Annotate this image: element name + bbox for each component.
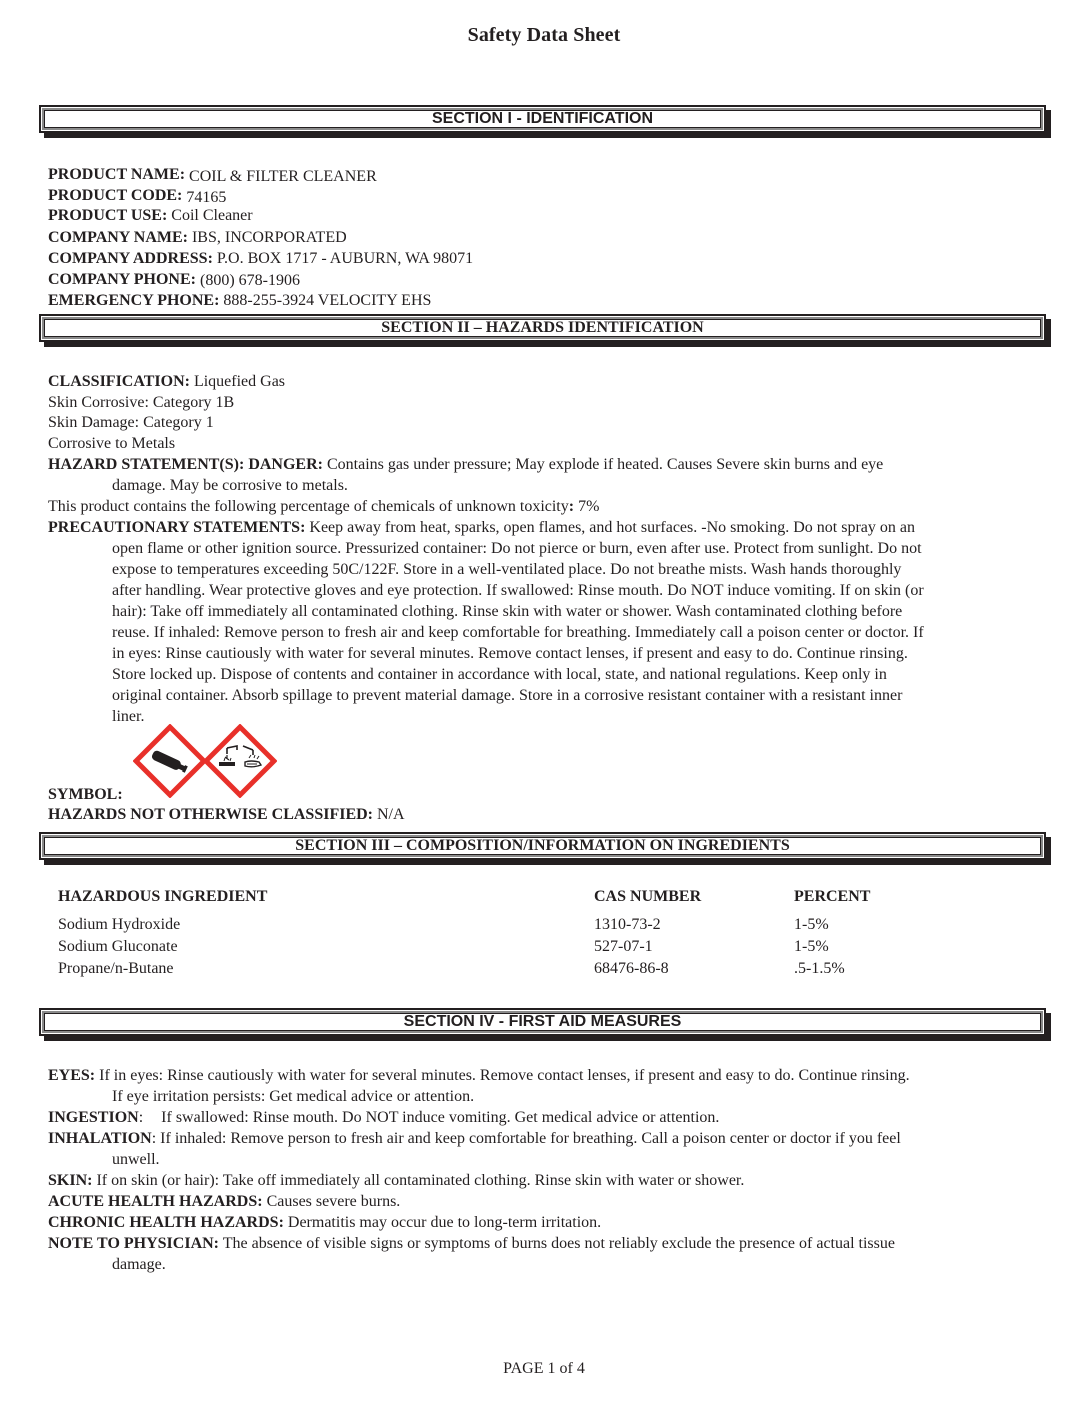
- hnoc-row: HAZARDS NOT OTHERWISE CLASSIFIED: N/A: [48, 804, 405, 825]
- field-label: PRECAUTIONARY STATEMENTS:: [48, 519, 305, 536]
- classification-row: CLASSIFICATION: Liquefied Gas: [48, 371, 285, 392]
- physician-note-text: The absence of visible signs or symptoms…: [223, 1235, 895, 1252]
- hazard-statement-text: Contains gas under pressure; May explode…: [327, 456, 883, 473]
- section-header-first-aid: SECTION IV - FIRST AID MEASURES: [39, 1008, 1046, 1036]
- precautionary-text: in eyes: Rinse cautiously with water for…: [48, 643, 1048, 664]
- ingredient-name: Propane/n-Butane: [58, 958, 174, 980]
- gas-cylinder-pictogram-icon: [133, 724, 207, 798]
- field-label: CLASSIFICATION:: [48, 373, 190, 390]
- section-title: SECTION III – COMPOSITION/INFORMATION ON…: [41, 834, 1044, 858]
- ingestion-row: INGESTION: If swallowed: Rinse mouth. Do…: [48, 1107, 719, 1128]
- section-header-composition: SECTION III – COMPOSITION/INFORMATION ON…: [39, 832, 1046, 860]
- field-label: EMERGENCY PHONE:: [48, 292, 219, 309]
- field-label: INGESTION: [48, 1109, 139, 1126]
- skin-row: SKIN: If on skin (or hair): Take off imm…: [48, 1170, 744, 1191]
- product-name-value: COIL & FILTER CLEANER: [189, 168, 377, 185]
- precautionary-text: original container. Absorb spillage to p…: [48, 685, 1048, 706]
- precautionary-text: hair): Take off immediately all contamin…: [48, 601, 1048, 622]
- inhalation-text: If inhaled: Remove person to fresh air a…: [160, 1130, 901, 1147]
- field-label: ACUTE HEALTH HAZARDS:: [48, 1193, 263, 1210]
- company-name-row: COMPANY NAME: IBS, INCORPORATED: [48, 227, 347, 248]
- danger-signal-word: DANGER:: [248, 456, 323, 473]
- unknown-toxicity-text: This product contains the following perc…: [48, 498, 569, 515]
- company-address-row: COMPANY ADDRESS: P.O. BOX 1717 - AUBURN,…: [48, 248, 473, 269]
- field-label: COMPANY ADDRESS:: [48, 250, 213, 267]
- field-label: SKIN:: [48, 1172, 92, 1189]
- precautionary-text: Keep away from heat, sparks, open flames…: [309, 519, 915, 536]
- section-header-hazards: SECTION II – HAZARDS IDENTIFICATION: [39, 314, 1046, 342]
- product-use-value: Coil Cleaner: [171, 207, 252, 224]
- classification-line: Skin Corrosive: Category 1B: [48, 392, 234, 413]
- symbol-label: SYMBOL:: [48, 784, 123, 805]
- cas-number: 68476-86-8: [594, 958, 669, 980]
- unknown-toxicity-row: This product contains the following perc…: [48, 496, 599, 517]
- section-title: SECTION I - IDENTIFICATION: [41, 107, 1044, 131]
- unknown-toxicity-value: 7%: [578, 498, 599, 515]
- section-title: SECTION II – HAZARDS IDENTIFICATION: [41, 316, 1044, 340]
- precautionary-text: expose to temperatures exceeding 50C/122…: [48, 559, 1048, 580]
- field-label: PRODUCT USE:: [48, 207, 167, 224]
- chronic-hazards-text: Dermatitis may occur due to long-term ir…: [288, 1214, 601, 1231]
- column-header: HAZARDOUS INGREDIENT: [58, 886, 267, 908]
- acute-hazards-text: Causes severe burns.: [267, 1193, 401, 1210]
- cas-number: 1310-73-2: [594, 914, 661, 936]
- ingredients-table: HAZARDOUS INGREDIENT CAS NUMBER PERCENT …: [58, 886, 958, 980]
- eyes-text: If eye irritation persists: Get medical …: [48, 1086, 1048, 1107]
- ingestion-text: If swallowed: Rinse mouth. Do NOT induce…: [161, 1109, 719, 1126]
- classification-line: Corrosive to Metals: [48, 433, 175, 454]
- percent: .5-1.5%: [794, 958, 845, 980]
- hazard-statement-text: damage. May be corrosive to metals.: [48, 475, 1048, 496]
- field-label: PRODUCT NAME:: [48, 166, 185, 183]
- field-label: CHRONIC HEALTH HAZARDS:: [48, 1214, 284, 1231]
- classification-line: Skin Damage: Category 1: [48, 412, 214, 433]
- product-use-row: PRODUCT USE: Coil Cleaner: [48, 205, 253, 226]
- cas-number: 527-07-1: [594, 936, 653, 958]
- eyes-text: If in eyes: Rinse cautiously with water …: [99, 1067, 909, 1084]
- percent: 1-5%: [794, 914, 829, 936]
- precautionary-text: reuse. If inhaled: Remove person to fres…: [48, 622, 1048, 643]
- page-number: PAGE 1 of 4: [0, 1360, 1088, 1378]
- precautionary-text: Store locked up. Dispose of contents and…: [48, 664, 1048, 685]
- table-header-row: HAZARDOUS INGREDIENT CAS NUMBER PERCENT: [58, 886, 958, 914]
- precautionary-text: after handling. Wear protective gloves a…: [48, 580, 1048, 601]
- table-row: Sodium Gluconate 527-07-1 1-5%: [58, 936, 958, 958]
- corrosion-pictogram-icon: [203, 724, 277, 798]
- hazard-statements: HAZARD STATEMENT(S): DANGER: Contains ga…: [48, 454, 1048, 496]
- chronic-hazards-row: CHRONIC HEALTH HAZARDS: Dermatitis may o…: [48, 1212, 601, 1233]
- field-label: COMPANY NAME:: [48, 229, 188, 246]
- emergency-phone-value: 888-255-3924 VELOCITY EHS: [223, 292, 431, 309]
- hnoc-value: N/A: [377, 806, 405, 823]
- eyes-row: EYES: If in eyes: Rinse cautiously with …: [48, 1065, 1048, 1107]
- ingredient-name: Sodium Gluconate: [58, 936, 178, 958]
- precautionary-statements: PRECAUTIONARY STATEMENTS: Keep away from…: [48, 517, 1048, 727]
- field-label: NOTE TO PHYSICIAN:: [48, 1235, 219, 1252]
- percent: 1-5%: [794, 936, 829, 958]
- column-header: PERCENT: [794, 886, 870, 908]
- company-phone-value: (800) 678-1906: [200, 272, 300, 289]
- field-label: PRODUCT CODE:: [48, 187, 182, 204]
- skin-text: If on skin (or hair): Take off immediate…: [96, 1172, 744, 1189]
- inhalation-text: unwell.: [48, 1149, 1048, 1170]
- document-title: Safety Data Sheet: [0, 24, 1088, 47]
- physician-note-text: damage.: [48, 1254, 1048, 1275]
- field-label: EYES:: [48, 1067, 95, 1084]
- field-label: HAZARD STATEMENT(S):: [48, 456, 244, 473]
- company-address-value: P.O. BOX 1717 - AUBURN, WA 98071: [217, 250, 473, 267]
- company-phone-row: COMPANY PHONE: (800) 678-1906: [48, 269, 300, 290]
- product-name-row: PRODUCT NAME: COIL & FILTER CLEANER: [48, 164, 377, 185]
- precautionary-text: open flame or other ignition source. Pre…: [48, 538, 1048, 559]
- section-title: SECTION IV - FIRST AID MEASURES: [41, 1010, 1044, 1034]
- emergency-phone-row: EMERGENCY PHONE: 888-255-3924 VELOCITY E…: [48, 290, 431, 311]
- classification-value: Liquefied Gas: [194, 373, 285, 390]
- field-label: INHALATION: [48, 1130, 152, 1147]
- company-name-value: IBS, INCORPORATED: [192, 229, 347, 246]
- table-row: Sodium Hydroxide 1310-73-2 1-5%: [58, 914, 958, 936]
- column-header: CAS NUMBER: [594, 886, 701, 908]
- product-code-row: PRODUCT CODE: 74165: [48, 185, 226, 206]
- table-row: Propane/n-Butane 68476-86-8 .5-1.5%: [58, 958, 958, 980]
- field-label: HAZARDS NOT OTHERWISE CLASSIFIED:: [48, 806, 373, 823]
- section-header-identification: SECTION I - IDENTIFICATION: [39, 105, 1046, 133]
- product-code-value: 74165: [186, 189, 226, 206]
- inhalation-row: INHALATION: If inhaled: Remove person to…: [48, 1128, 1048, 1170]
- physician-note-row: NOTE TO PHYSICIAN: The absence of visibl…: [48, 1233, 1048, 1275]
- acute-hazards-row: ACUTE HEALTH HAZARDS: Causes severe burn…: [48, 1191, 400, 1212]
- field-label: COMPANY PHONE:: [48, 271, 196, 288]
- ingredient-name: Sodium Hydroxide: [58, 914, 180, 936]
